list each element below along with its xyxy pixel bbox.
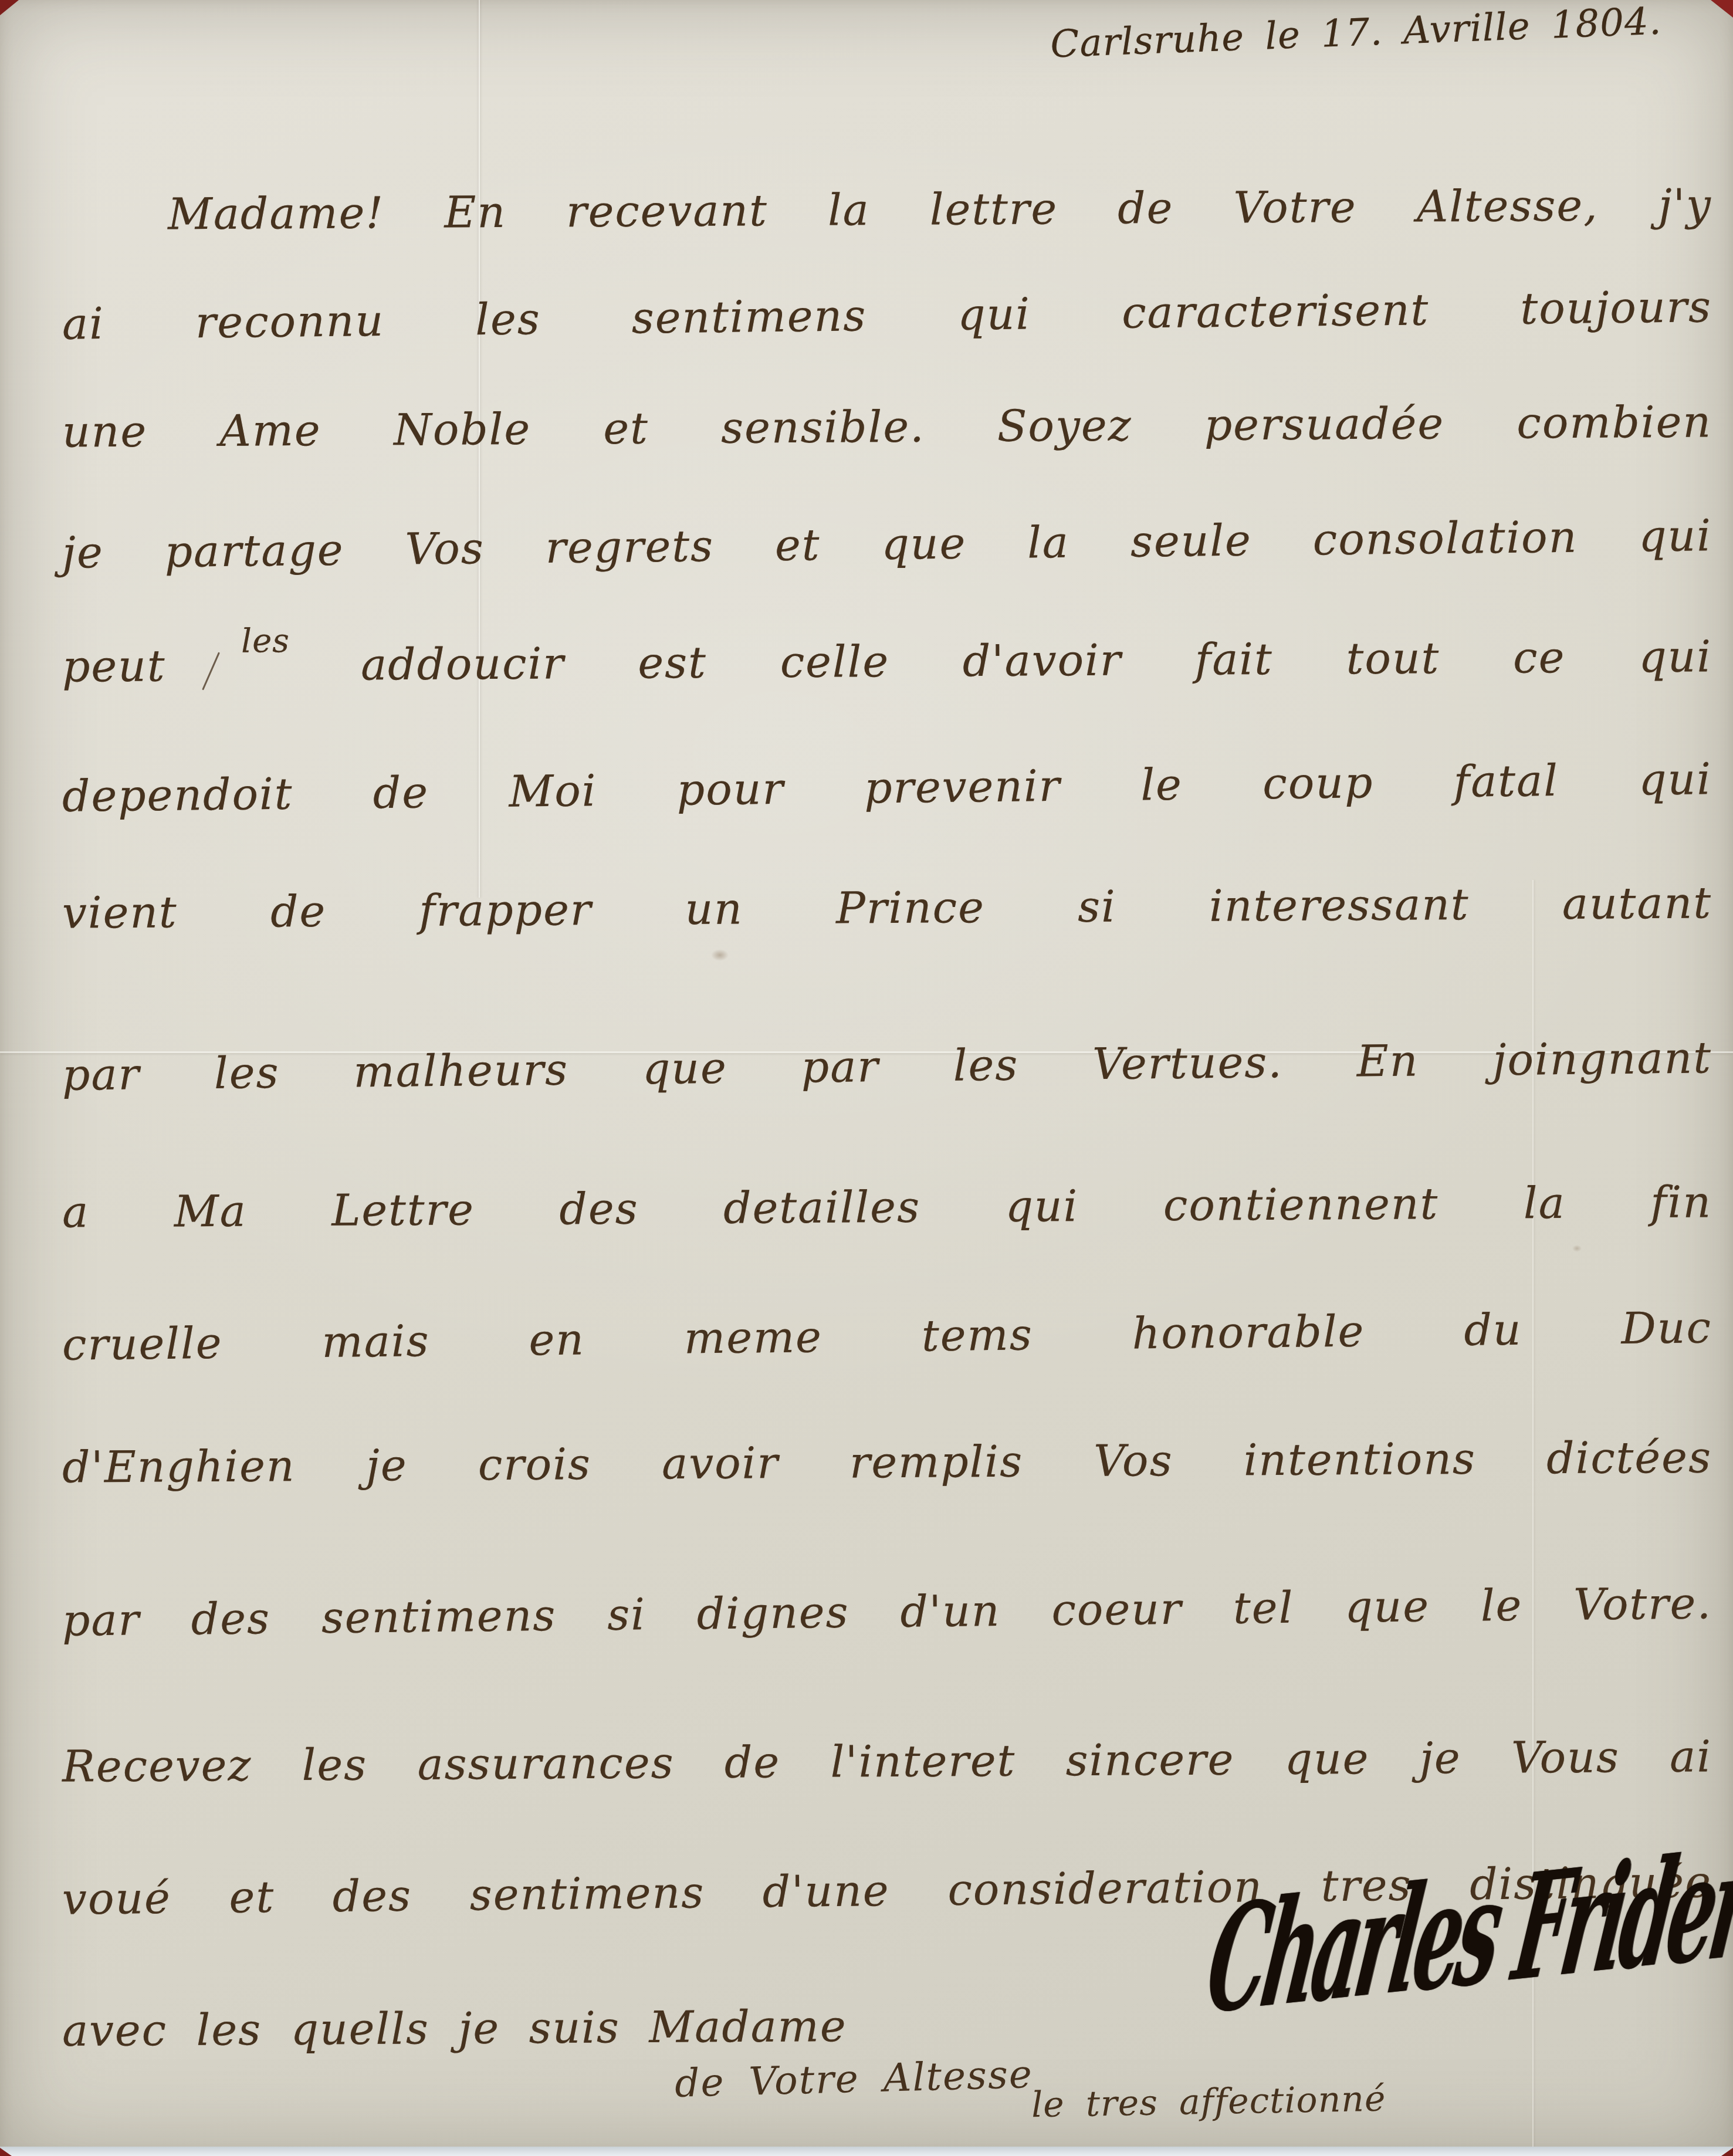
scan-edge-strip — [0, 2147, 1733, 2156]
line-text-before: peut — [62, 641, 166, 692]
signature: Charles Frideric — [1198, 1812, 1733, 2047]
ink-speck — [1572, 1245, 1582, 1252]
letter-line: d'Enghien je crois avoir remplis Vos int… — [62, 1435, 1712, 1491]
mat-corner-bottom-right — [1721, 2148, 1733, 2156]
letter-line: a Ma Lettre des detailles qui contiennen… — [62, 1180, 1712, 1236]
letter-line: Madame! En recevant la lettre de Votre A… — [62, 182, 1712, 238]
letter-line: avec les quells je suis Madame — [62, 2004, 847, 2055]
letter-line: par des sentimens si dignes d'un coeur t… — [62, 1581, 1712, 1644]
ink-blot — [711, 949, 729, 961]
letter-line: dependoit de Moi pour prevenir le coup f… — [62, 757, 1712, 820]
closing-votre-altesse: de Votre Altesse — [674, 2052, 1034, 2106]
closing-affectionne: le tres affectionné — [1031, 2079, 1386, 2126]
letter-line: par les malheurs que par les Vertues. En… — [62, 1035, 1712, 1098]
insertion-caret-stroke — [202, 652, 220, 690]
letter-line: ai reconnu les sentimens qui caracterise… — [62, 285, 1712, 347]
letter-line: une Ame Noble et sensible. Soyez persuad… — [62, 400, 1712, 455]
letter-line: vient de frapper un Prince si interessan… — [62, 881, 1712, 936]
mat-corner-top-right — [1711, 0, 1733, 18]
letter-line-with-insertion: peut les addoucir est celle d'avoir fait… — [62, 634, 1712, 690]
mat-corner-top-left — [0, 0, 19, 15]
mat-corner-bottom-left — [0, 2148, 12, 2156]
inserted-word: les — [241, 622, 290, 661]
letter-line: Recevez les assurances de l'interet sinc… — [62, 1734, 1712, 1790]
letter-line: cruelle mais en meme tems honorable du D… — [62, 1305, 1712, 1368]
dateline: Carlsruhe le 17. Avrille 1804. — [1050, 0, 1708, 66]
line-text-after: addoucir est celle d'avoir fait tout ce … — [361, 631, 1712, 690]
letter-line: je partage Vos regrets et que la seule c… — [62, 513, 1712, 576]
letter-page: Carlsruhe le 17. Avrille 1804. Madame! E… — [0, 0, 1733, 2156]
